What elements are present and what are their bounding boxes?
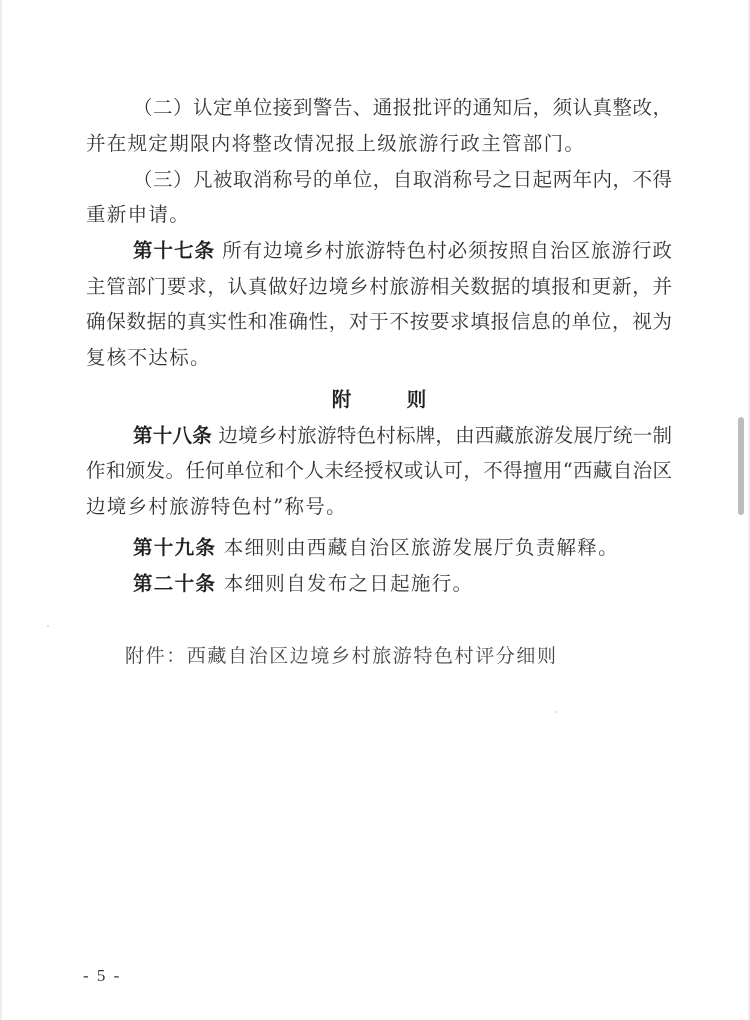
article-18-line-1: 第十八条 边境乡村旅游特色村标牌，由西藏旅游发展厅统一制 [133, 421, 672, 451]
clause-2-line-1: （二）认定单位接到警告、通报批评的通知后，须认真整改， [133, 93, 672, 123]
clause-2-line-2: 并在规定期限内将整改情况报上级旅游行政主管部门。 [86, 129, 585, 159]
article-17-line-2: 主管部门要求，认真做好边境乡村旅游相关数据的填报和更新，并 [86, 272, 672, 302]
article-20-line-1: 第二十条 本细则自发布之日起施行。 [133, 569, 473, 599]
clause-3-line-1: （三）凡被取消称号的单位，自取消称号之日起两年内，不得 [133, 165, 672, 195]
section-heading-supplementary: 附 则 [86, 385, 672, 415]
article-17-label: 第十七条 [133, 239, 215, 262]
article-19-text-1: 本细则由西藏自治区旅游发展厅负责解释。 [224, 536, 619, 559]
article-19-label: 第十九条 [133, 536, 216, 559]
article-20-label: 第二十条 [133, 572, 216, 595]
article-17-line-3: 确保数据的真实性和准确性，对于不按要求填报信息的单位，视为 [86, 307, 672, 337]
article-18-line-3: 边境乡村旅游特色村”称号。 [86, 492, 347, 522]
page-number: - 5 - [83, 962, 121, 990]
article-18-text-1: 边境乡村旅游特色村标牌，由西藏旅游发展厅统一制 [218, 424, 672, 447]
vertical-scrollbar-thumb[interactable] [738, 417, 744, 515]
article-17-line-4: 复核不达标。 [86, 343, 211, 373]
article-17-text-1: 所有边境乡村旅游特色村必须按照自治区旅游行政 [222, 239, 672, 262]
clause-3-line-2: 重新申请。 [86, 200, 190, 230]
article-17-line-1: 第十七条 所有边境乡村旅游特色村必须按照自治区旅游行政 [133, 236, 672, 266]
article-18-label: 第十八条 [133, 424, 212, 447]
article-20-text-1: 本细则自发布之日起施行。 [224, 572, 474, 595]
scan-speck [47, 625, 49, 627]
scan-speck [555, 711, 557, 713]
article-19-line-1: 第十九条 本细则由西藏自治区旅游发展厅负责解释。 [133, 533, 619, 563]
article-18-line-2: 作和颁发。任何单位和个人未经授权或认可，不得擅用“西藏自治区 [86, 456, 672, 486]
attachment-line: 附件：西藏自治区边境乡村旅游特色村评分细则 [125, 641, 558, 671]
page-edge-left [0, 0, 2, 1020]
